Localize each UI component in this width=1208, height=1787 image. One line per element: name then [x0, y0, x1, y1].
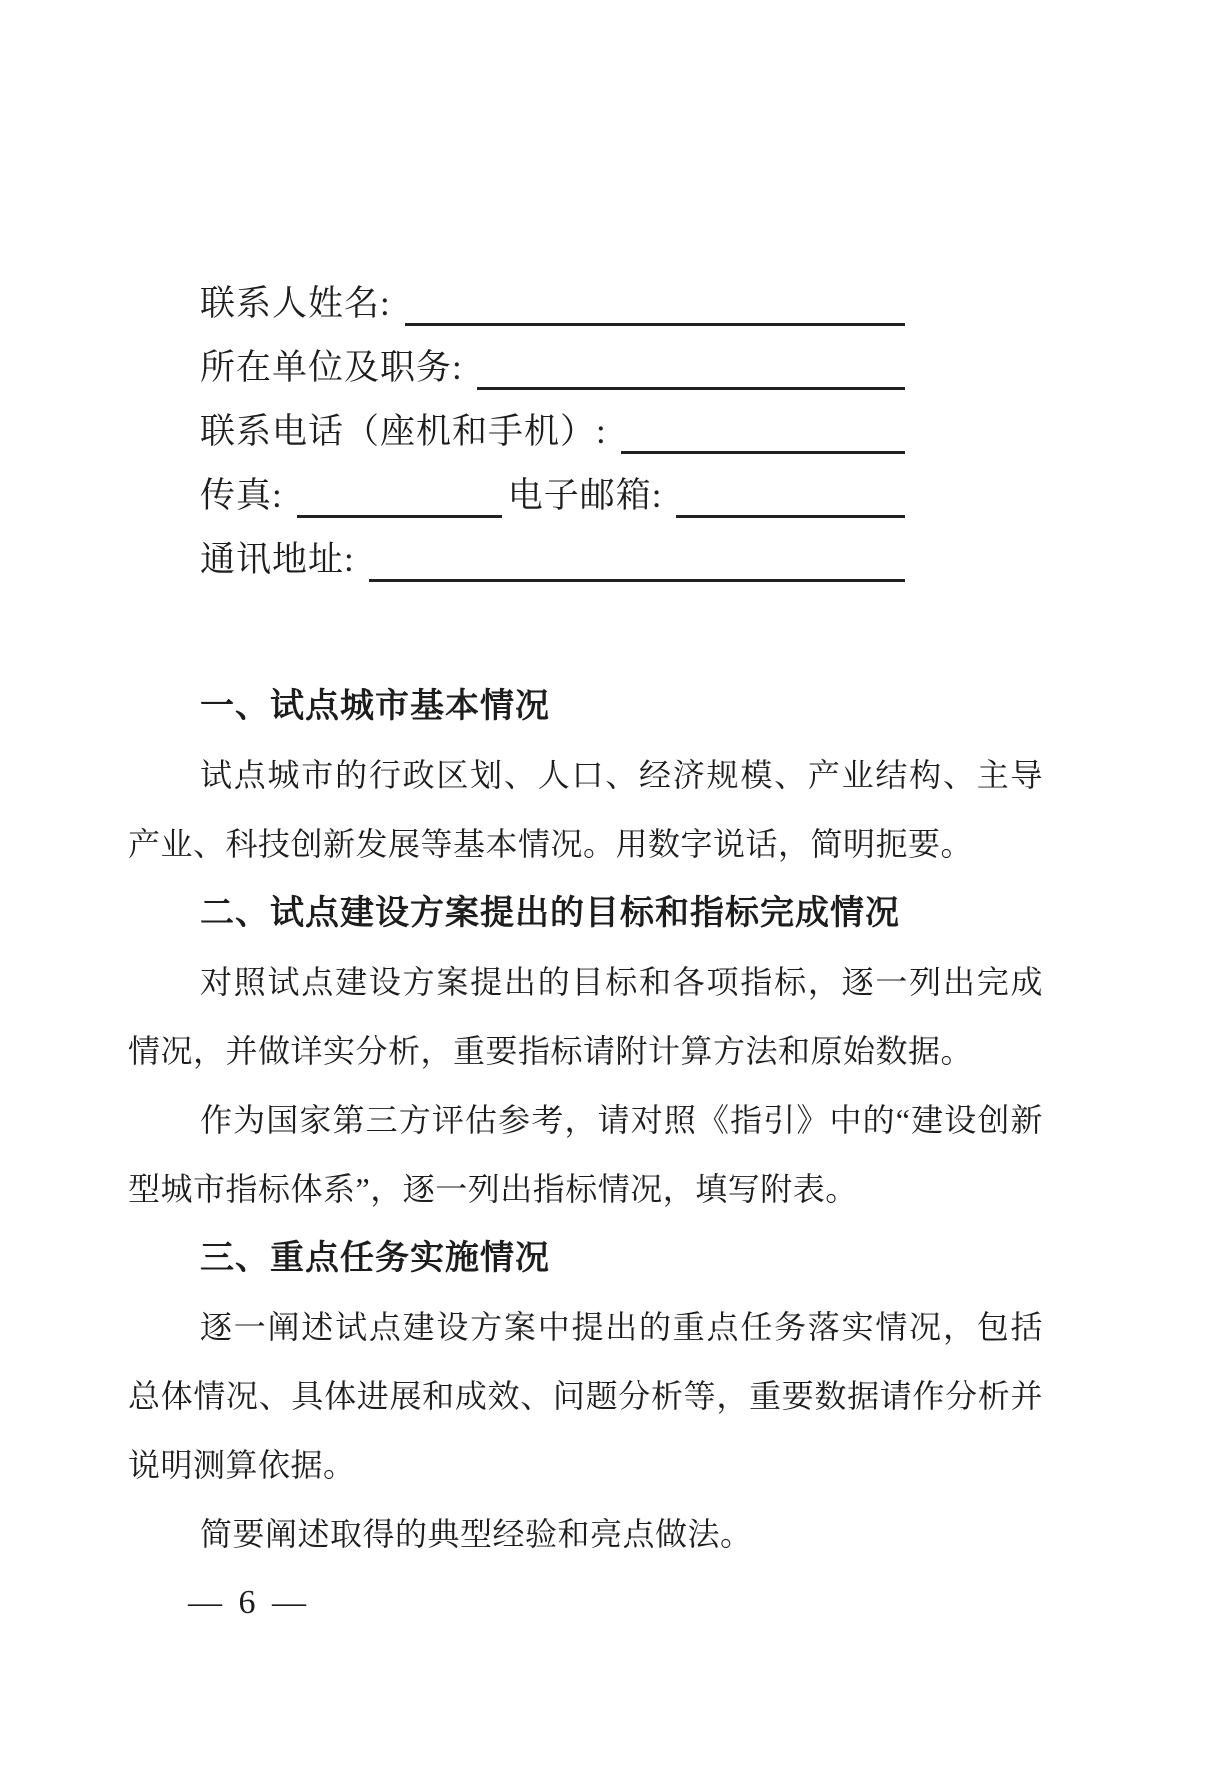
form-row-address: 通讯地址:	[200, 518, 905, 582]
contact-name-label: 联系人姓名:	[200, 276, 405, 326]
document-page: 联系人姓名: 所在单位及职务: 联系电话（座机和手机）: 传真: 电子邮箱: 通…	[0, 0, 1208, 1787]
form-row-contact-name: 联系人姓名:	[200, 262, 905, 326]
address-blank-line	[369, 569, 905, 582]
section-1-paragraph-1: 试点城市的行政区划、人口、经济规模、产业结构、主导产业、科技创新发展等基本情况。…	[128, 741, 1043, 879]
email-label: 电子邮箱:	[502, 468, 677, 518]
section-3-paragraph-1: 逐一阐述试点建设方案中提出的重点任务落实情况，包括总体情况、具体进展和成效、问题…	[128, 1293, 1043, 1500]
section-2-paragraph-1: 对照试点建设方案提出的目标和各项指标，逐一列出完成情况，并做详实分析，重要指标请…	[128, 948, 1043, 1086]
form-row-phone: 联系电话（座机和手机）:	[200, 390, 905, 454]
section-2-heading: 二、试点建设方案提出的目标和指标完成情况	[128, 879, 1043, 948]
unit-position-blank-line	[477, 377, 905, 390]
email-blank-line	[676, 505, 905, 518]
contact-form: 联系人姓名: 所在单位及职务: 联系电话（座机和手机）: 传真: 电子邮箱: 通…	[200, 262, 905, 582]
fax-label: 传真:	[200, 468, 297, 518]
contact-name-blank-line	[405, 313, 905, 326]
phone-label: 联系电话（座机和手机）:	[200, 404, 621, 454]
page-number: — 6 —	[188, 1584, 310, 1622]
form-row-fax-email: 传真: 电子邮箱:	[200, 454, 905, 518]
section-1-heading: 一、试点城市基本情况	[128, 672, 1043, 741]
form-row-unit-position: 所在单位及职务:	[200, 326, 905, 390]
section-3-paragraph-2: 简要阐述取得的典型经验和亮点做法。	[128, 1500, 1043, 1569]
unit-position-label: 所在单位及职务:	[200, 340, 477, 390]
fax-blank-line	[297, 505, 502, 518]
section-2-paragraph-2: 作为国家第三方评估参考，请对照《指引》中的“建设创新型城市指标体系”，逐一列出指…	[128, 1086, 1043, 1224]
address-label: 通讯地址:	[200, 532, 369, 582]
phone-blank-line	[621, 441, 905, 454]
section-3-heading: 三、重点任务实施情况	[128, 1224, 1043, 1293]
document-body: 一、试点城市基本情况 试点城市的行政区划、人口、经济规模、产业结构、主导产业、科…	[128, 672, 1043, 1569]
